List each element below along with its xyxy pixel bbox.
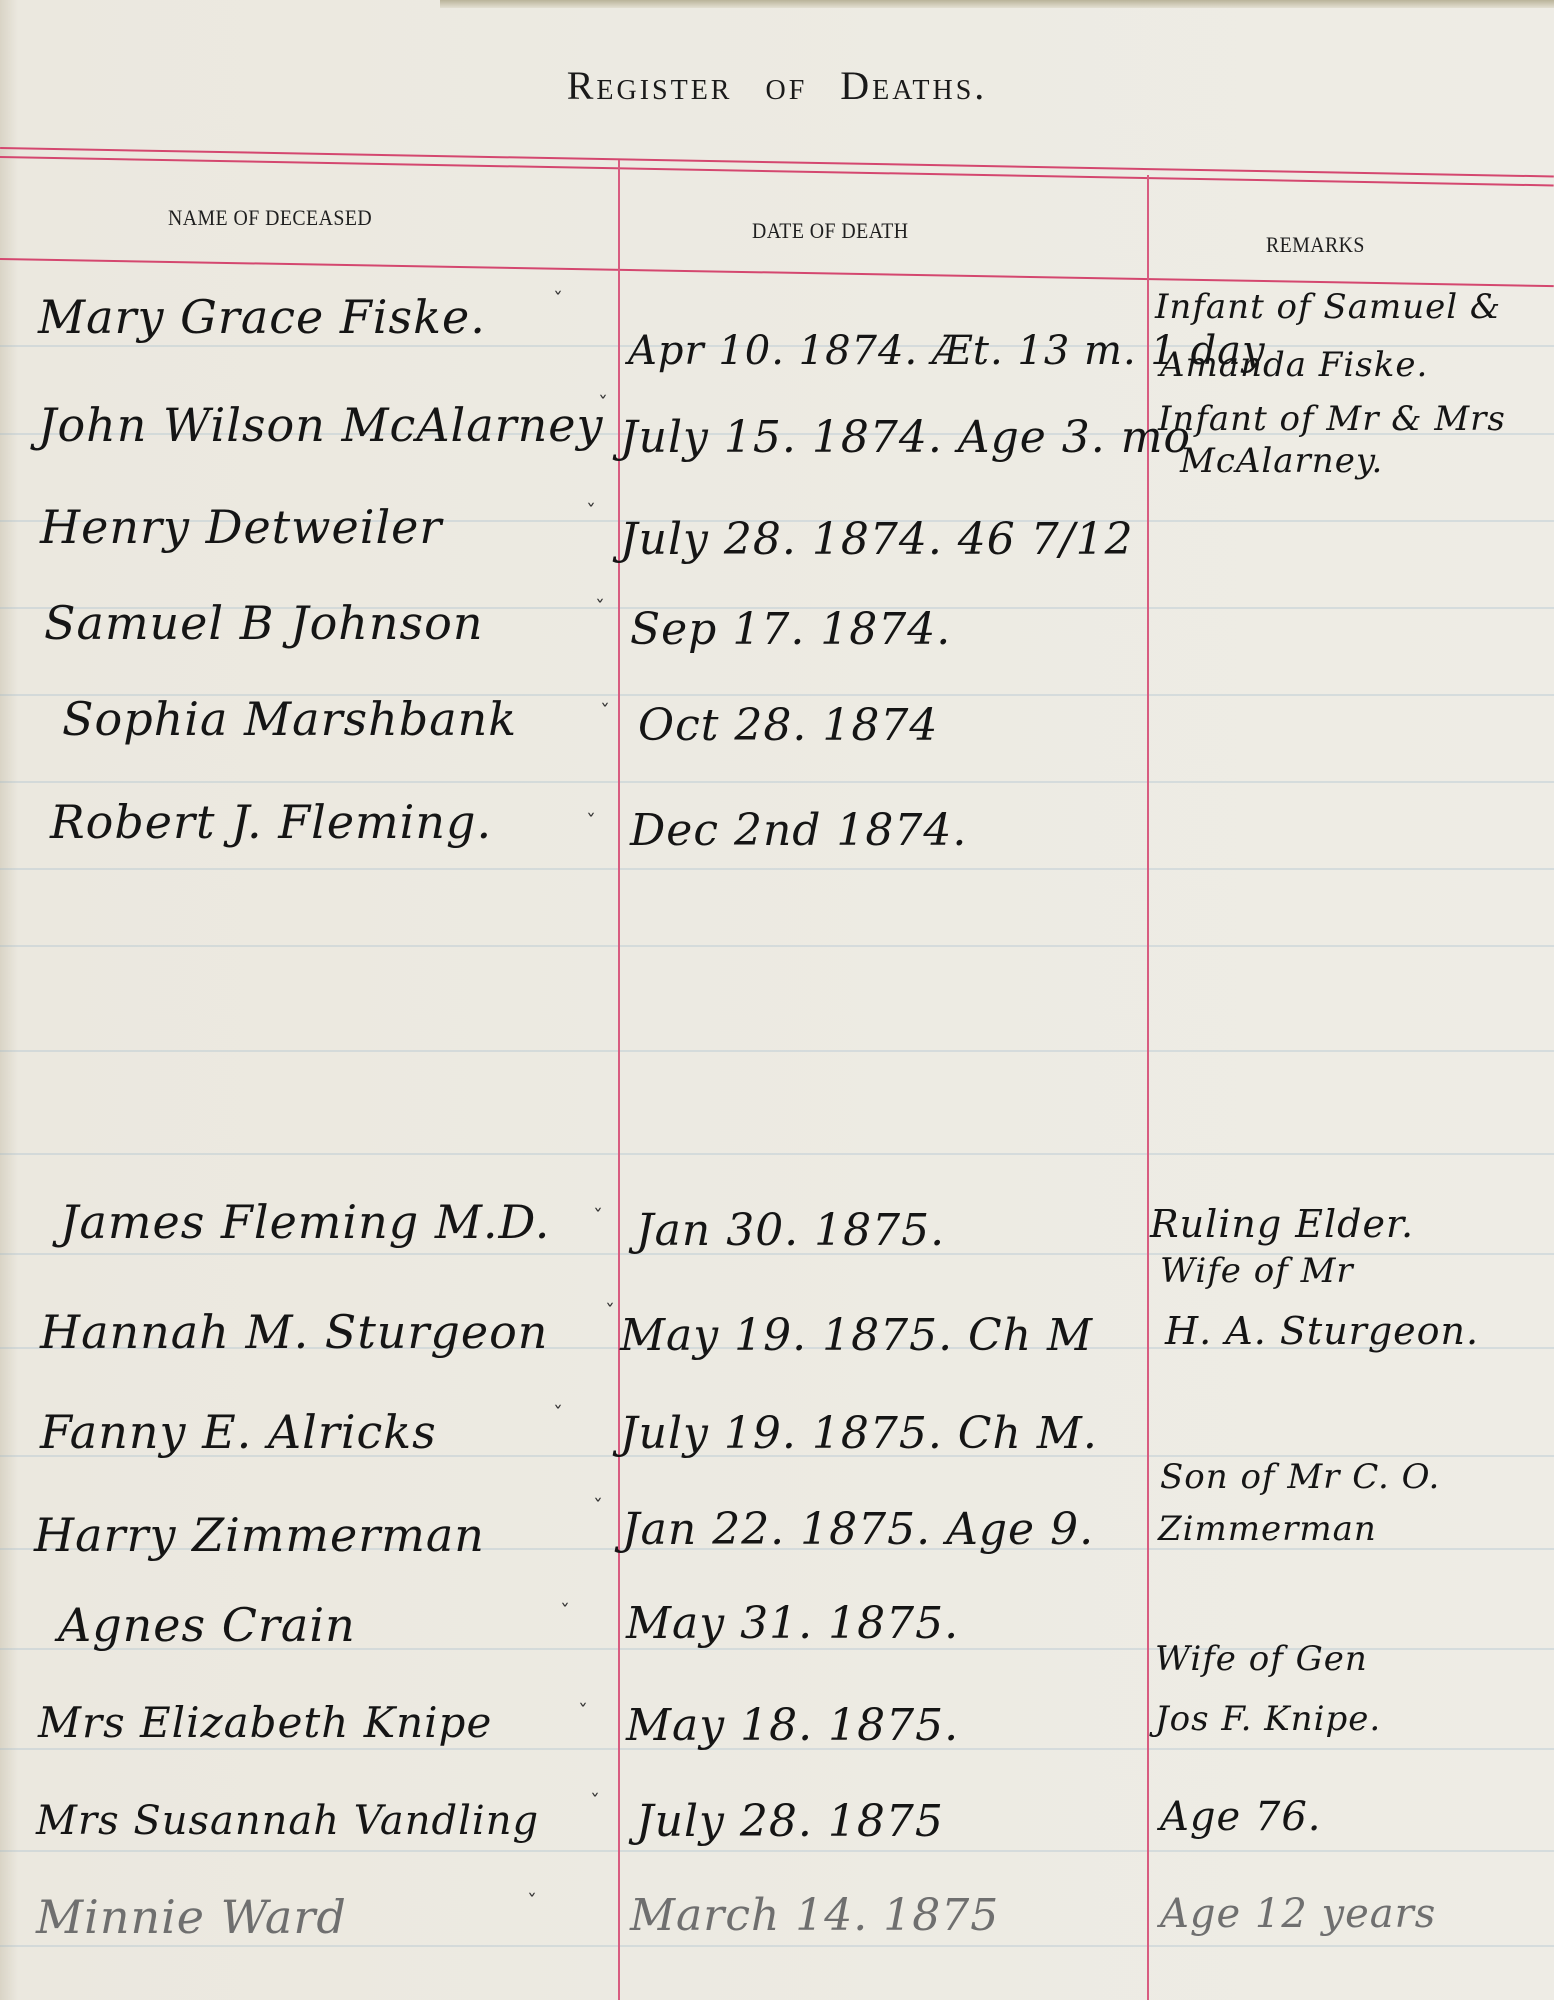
entry-remark: Son of Mr C. O. <box>1160 1458 1440 1496</box>
ruling-line <box>0 781 1554 783</box>
entry-date: March 14. 1875 <box>630 1890 999 1941</box>
check-mark-icon: ˇ <box>553 288 563 312</box>
entry-remark: Amanda Fiske. <box>1160 346 1428 384</box>
check-mark-icon: ˇ <box>595 596 605 620</box>
entry-remark: Jos F. Knipe. <box>1155 1700 1381 1738</box>
entry-name: Agnes Crain <box>58 1598 356 1652</box>
check-mark-icon: ˇ <box>600 700 610 724</box>
entry-remark: Infant of Samuel & <box>1155 288 1501 326</box>
entry-date: Dec 2nd 1874. <box>630 805 967 856</box>
check-mark-icon: ˇ <box>593 1205 603 1229</box>
check-mark-icon: ˇ <box>553 1402 563 1426</box>
ruling-line <box>0 945 1554 947</box>
entry-name: Samuel B Johnson <box>44 596 483 650</box>
entry-remark: Zimmerman <box>1158 1510 1377 1548</box>
check-mark-icon: ˇ <box>593 1495 603 1519</box>
column-header-date: DATE OF DEATH <box>752 218 909 244</box>
entry-date: July 19. 1875. Ch M. <box>620 1408 1098 1459</box>
entry-date: Jan 22. 1875. Age 9. <box>622 1504 1094 1555</box>
entry-name: Mrs Susannah Vandling <box>36 1798 539 1844</box>
entry-remark: Age 12 years <box>1160 1895 1436 1933</box>
entry-remark: H. A. Sturgeon. <box>1165 1312 1479 1350</box>
entry-name: Hannah M. Sturgeon <box>40 1305 548 1359</box>
entry-remark: McAlarney. <box>1180 442 1383 480</box>
check-mark-icon: ˇ <box>527 1890 537 1914</box>
entry-date: July 15. 1874. Age 3. mo <box>620 412 1191 463</box>
entry-remark: Infant of Mr & Mrs <box>1158 400 1506 438</box>
entry-name: Mrs Elizabeth Knipe <box>38 1698 492 1747</box>
entry-date: Oct 28. 1874 <box>638 700 938 751</box>
entry-name: James Fleming M.D. <box>60 1195 550 1249</box>
page-top-edge <box>440 0 1554 8</box>
page-title: Register of Deaths. <box>0 62 1554 109</box>
check-mark-icon: ˇ <box>590 1790 600 1814</box>
entry-name: Henry Detweiler <box>40 500 442 554</box>
ruling-line <box>0 1153 1554 1155</box>
ruling-line <box>0 1945 1554 1947</box>
entry-date: May 18. 1875. <box>626 1700 959 1751</box>
ruling-line <box>0 868 1554 870</box>
check-mark-icon: ˇ <box>578 1700 588 1724</box>
check-mark-icon: ˇ <box>605 1300 615 1324</box>
entry-date: Jan 30. 1875. <box>636 1205 945 1256</box>
entry-name: Robert J. Fleming. <box>50 795 492 849</box>
entry-name: John Wilson McAlarney <box>38 398 604 452</box>
entry-name: Sophia Marshbank <box>62 692 517 746</box>
entry-remark: Wife of Mr <box>1160 1252 1354 1290</box>
entry-date: May 31. 1875. <box>626 1598 959 1649</box>
header-bottom-rule <box>0 258 1554 287</box>
column-header-name: NAME OF DECEASED <box>168 205 372 231</box>
entry-remark: Wife of Gen <box>1155 1640 1368 1678</box>
entry-date: July 28. 1874. 46 7/12 <box>620 514 1134 565</box>
ruling-line <box>0 1850 1554 1852</box>
entry-date: May 19. 1875. Ch M <box>620 1310 1093 1361</box>
entry-name: Mary Grace Fiske. <box>38 290 486 344</box>
title-word: Register <box>567 62 733 109</box>
entry-name: Fanny E. Alricks <box>40 1405 437 1459</box>
ruling-line <box>0 1050 1554 1052</box>
column-header-remarks: REMARKS <box>1266 232 1365 258</box>
check-mark-icon: ˇ <box>586 810 596 834</box>
ledger-page: Register of Deaths. NAME OF DECEASED DAT… <box>0 0 1554 2000</box>
title-word: of <box>765 62 807 109</box>
check-mark-icon: ˇ <box>586 500 596 524</box>
header-top-rule <box>0 147 1554 186</box>
check-mark-icon: ˇ <box>598 392 608 416</box>
entry-name: Harry Zimmerman <box>34 1508 485 1562</box>
entry-date: July 28. 1875 <box>636 1796 944 1847</box>
entry-remark: Ruling Elder. <box>1150 1205 1414 1243</box>
entry-name: Minnie Ward <box>36 1890 347 1944</box>
entry-remark: Age 76. <box>1160 1798 1322 1836</box>
entry-date: Sep 17. 1874. <box>630 604 951 655</box>
title-word: Deaths. <box>840 62 987 109</box>
check-mark-icon: ˇ <box>560 1600 570 1624</box>
